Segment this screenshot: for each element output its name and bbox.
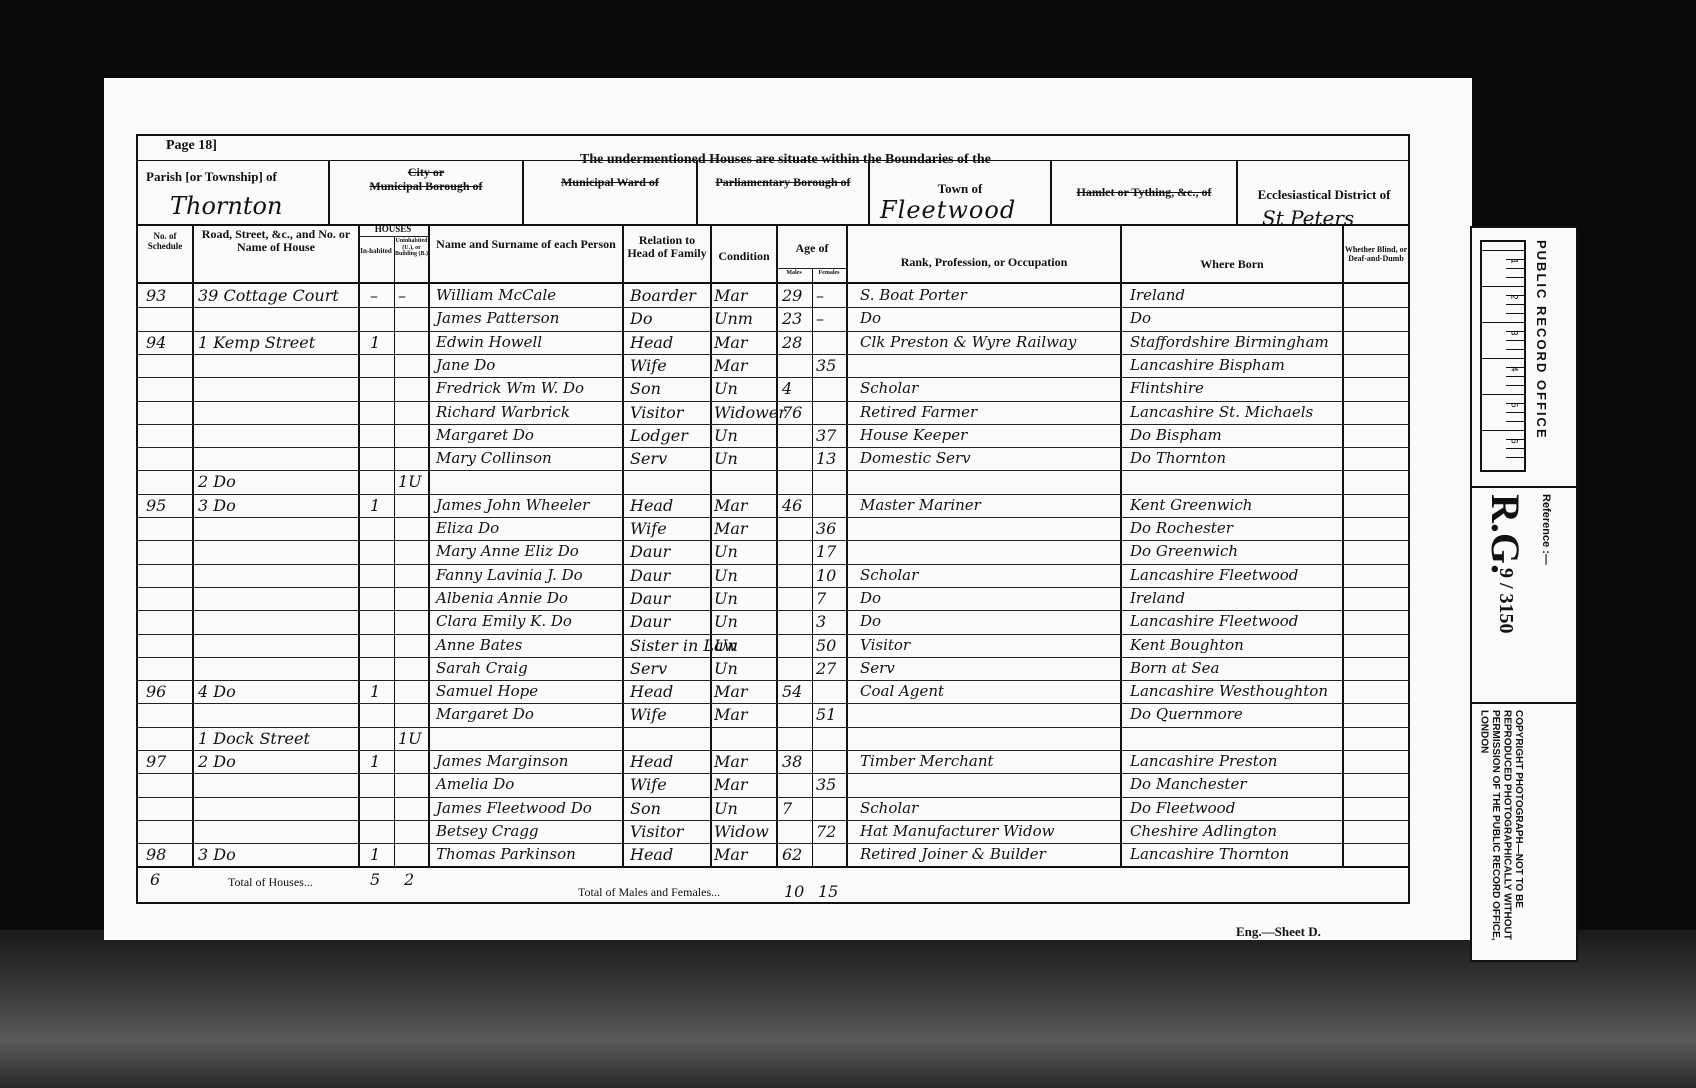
- pro-reference-strip: 123456 PUBLIC RECORD OFFICE Reference :—…: [1470, 226, 1578, 962]
- row-occupation: Do: [860, 612, 881, 630]
- row-relation: Serv: [630, 659, 667, 678]
- row-where-born: Kent Greenwich: [1130, 496, 1252, 514]
- ruler-tick: [1506, 349, 1524, 350]
- ruler-tick: [1506, 313, 1524, 314]
- col-relation: Relation to Head of Family: [626, 234, 708, 260]
- row-relation: Boarder: [630, 286, 696, 305]
- divider: [136, 224, 1410, 226]
- row-occupation: Scholar: [860, 379, 918, 397]
- row-name: Clara Emily K. Do: [436, 612, 572, 630]
- col-divider: [812, 268, 813, 866]
- row-divider: [136, 657, 1410, 658]
- row-road: 2 Do: [198, 472, 236, 491]
- row-occupation: Master Mariner: [860, 496, 981, 514]
- row-where-born: Lancashire Westhoughton: [1130, 682, 1328, 700]
- row-where-born: Lancashire St. Michaels: [1130, 403, 1313, 421]
- row-condition: Widower: [714, 403, 786, 422]
- row-relation: Head: [630, 682, 673, 701]
- divider: [868, 160, 870, 224]
- row-name: Thomas Parkinson: [436, 845, 576, 863]
- sheet-footer: Eng.—Sheet D.: [1236, 924, 1321, 940]
- reference-number: 9 / 3150: [1494, 568, 1517, 634]
- divider: [1236, 160, 1238, 224]
- row-age-female: 3: [816, 612, 826, 631]
- row-condition: Mar: [714, 519, 748, 538]
- ward-label: Municipal Ward of: [526, 176, 694, 189]
- row-condition: Mar: [714, 356, 748, 375]
- total-females: 15: [818, 882, 838, 901]
- col-blind: Whether Blind, or Deaf-and-Dumb: [1344, 246, 1408, 264]
- row-age-male: 54: [782, 682, 802, 701]
- ruler-tick: [1482, 358, 1524, 359]
- row-divider: [136, 587, 1410, 588]
- row-where-born: Do: [1130, 309, 1151, 327]
- row-occupation: Serv: [860, 659, 895, 677]
- divider: [358, 236, 428, 237]
- row-condition: Unm: [714, 309, 753, 328]
- col-age: Age of: [778, 242, 846, 255]
- row-where-born: Lancashire Preston: [1130, 752, 1277, 770]
- row-name: Albenia Annie Do: [436, 589, 568, 607]
- ecclesiastical-label: Ecclesiastical District of: [1240, 188, 1408, 202]
- row-uninhabited: –: [398, 286, 406, 305]
- row-condition: Mar: [714, 775, 748, 794]
- row-schedule: 93: [146, 286, 166, 305]
- row-where-born: Do Quernmore: [1130, 705, 1243, 723]
- row-road: 2 Do: [198, 752, 236, 771]
- divider: [1050, 160, 1052, 224]
- row-condition: Un: [714, 542, 738, 561]
- col-males: Males: [776, 270, 812, 277]
- row-name: Jane Do: [436, 356, 495, 374]
- row-condition: Un: [714, 379, 738, 398]
- row-age-male: 28: [782, 333, 802, 352]
- row-name: Amelia Do: [436, 775, 514, 793]
- row-divider: [136, 354, 1410, 355]
- row-divider: [136, 773, 1410, 774]
- row-divider: [136, 377, 1410, 378]
- ruler-tick: [1506, 448, 1524, 449]
- col-inhabited: In-habited: [359, 248, 393, 256]
- row-inhabited: 1: [370, 333, 380, 352]
- row-uninhabited: 1U: [398, 472, 422, 491]
- total-persons-label: Total of Males and Females...: [578, 886, 720, 899]
- row-condition: Un: [714, 426, 738, 445]
- row-where-born: Do Greenwich: [1130, 542, 1238, 560]
- row-where-born: Do Fleetwood: [1130, 799, 1235, 817]
- row-name: Fanny Lavinia J. Do: [436, 566, 583, 584]
- col-divider: [428, 224, 430, 866]
- row-divider: [136, 843, 1410, 844]
- film-background: [0, 930, 1696, 1088]
- row-inhabited: –: [370, 286, 378, 305]
- parliamentary-label: Parliamentary Borough of: [700, 176, 866, 189]
- parish-value: Thornton: [170, 192, 282, 220]
- row-condition: Mar: [714, 496, 748, 515]
- row-age-female: –: [816, 309, 824, 328]
- row-divider: [136, 494, 1410, 495]
- col-divider: [192, 224, 194, 866]
- row-schedule: 98: [146, 845, 166, 864]
- total-houses-label: Total of Houses...: [228, 876, 313, 889]
- row-relation: Daur: [630, 612, 670, 631]
- row-age-male: 46: [782, 496, 802, 515]
- ruler-tick: [1506, 340, 1524, 341]
- row-relation: Wife: [630, 775, 667, 794]
- total-inhabited: 5: [370, 870, 380, 889]
- col-divider: [622, 224, 624, 866]
- ruler-number: 6: [1510, 438, 1520, 443]
- ruler-number: 4: [1510, 366, 1520, 371]
- row-divider: [136, 797, 1410, 798]
- row-divider: [136, 703, 1410, 704]
- ruler-tick: [1506, 376, 1524, 377]
- row-age-female: 35: [816, 356, 836, 375]
- row-where-born: Staffordshire Birmingham: [1130, 333, 1329, 351]
- row-name: Samuel Hope: [436, 682, 538, 700]
- row-relation: Wife: [630, 705, 667, 724]
- row-where-born: Lancashire Fleetwood: [1130, 566, 1298, 584]
- row-inhabited: 1: [370, 682, 380, 701]
- row-relation: Head: [630, 845, 673, 864]
- row-age-female: 7: [816, 589, 826, 608]
- col-road: Road, Street, &c., and No. or Name of Ho…: [196, 228, 356, 254]
- row-relation: Serv: [630, 449, 667, 468]
- row-name: Eliza Do: [436, 519, 499, 537]
- row-name: James Patterson: [436, 309, 559, 327]
- row-age-male: 4: [782, 379, 792, 398]
- row-where-born: Lancashire Fleetwood: [1130, 612, 1298, 630]
- col-divider: [776, 224, 778, 866]
- row-inhabited: 1: [370, 845, 380, 864]
- row-divider: [136, 750, 1410, 751]
- row-divider: [136, 517, 1410, 518]
- col-divider: [358, 224, 360, 866]
- row-age-female: 10: [816, 566, 836, 585]
- row-schedule: 97: [146, 752, 166, 771]
- col-schedule: No. of Schedule: [138, 232, 192, 252]
- row-condition: Un: [714, 449, 738, 468]
- row-name: James John Wheeler: [436, 496, 589, 514]
- row-age-female: 50: [816, 636, 836, 655]
- row-relation: Daur: [630, 566, 670, 585]
- row-name: Betsey Cragg: [436, 822, 539, 840]
- row-divider: [136, 564, 1410, 565]
- row-where-born: Lancashire Thornton: [1130, 845, 1289, 863]
- town-label: Town of: [872, 182, 1048, 196]
- row-uninhabited: 1U: [398, 729, 422, 748]
- row-age-female: 37: [816, 426, 836, 445]
- row-condition: Un: [714, 566, 738, 585]
- reference-label: Reference :—: [1540, 494, 1552, 565]
- row-road: 1 Kemp Street: [198, 333, 315, 352]
- parish-label: Parish [or Township] of: [146, 170, 326, 184]
- row-where-born: Do Thornton: [1130, 449, 1226, 467]
- row-relation: Visitor: [630, 403, 683, 422]
- ecclesiastical-value: St Peters: [1262, 206, 1354, 230]
- row-where-born: Born at Sea: [1130, 659, 1220, 677]
- row-name: Mary Anne Eliz Do: [436, 542, 579, 560]
- ruler-tick: [1506, 412, 1524, 413]
- divider: [328, 160, 330, 224]
- row-age-female: 17: [816, 542, 836, 561]
- row-condition: Un: [714, 799, 738, 818]
- row-relation: Head: [630, 752, 673, 771]
- row-divider: [136, 820, 1410, 821]
- row-name: Anne Bates: [436, 636, 522, 654]
- row-relation: Son: [630, 799, 661, 818]
- row-condition: Mar: [714, 752, 748, 771]
- col-divider: [846, 224, 848, 866]
- row-where-born: Lancashire Bispham: [1130, 356, 1285, 374]
- row-name: William McCale: [436, 286, 556, 304]
- row-relation: Wife: [630, 519, 667, 538]
- row-condition: Un: [714, 659, 738, 678]
- row-age-female: 51: [816, 705, 836, 724]
- hamlet-label: Hamlet or Tything, &c., of: [1054, 186, 1234, 199]
- row-where-born: Kent Boughton: [1130, 636, 1244, 654]
- row-occupation: Do: [860, 309, 881, 327]
- row-age-female: –: [816, 286, 824, 305]
- row-road: 1 Dock Street: [198, 729, 310, 748]
- reference-prefix: R.G.: [1482, 494, 1529, 574]
- row-relation: Wife: [630, 356, 667, 375]
- ruler-tick: [1506, 268, 1524, 269]
- row-occupation: Domestic Serv: [860, 449, 971, 467]
- row-name: Fredrick Wm W. Do: [436, 379, 584, 397]
- row-divider: [136, 610, 1410, 611]
- row-name: Sarah Craig: [436, 659, 528, 677]
- divider: [696, 160, 698, 224]
- col-divider: [1120, 224, 1122, 866]
- row-divider: [136, 470, 1410, 471]
- row-divider: [136, 331, 1410, 332]
- ruler-tick: [1506, 421, 1524, 422]
- ruler-tick: [1506, 457, 1524, 458]
- divider: [776, 268, 846, 269]
- row-condition: Un: [714, 589, 738, 608]
- row-age-male: 38: [782, 752, 802, 771]
- row-inhabited: 1: [370, 752, 380, 771]
- copyright-notice: COPYRIGHT PHOTOGRAPH—NOT TO BE REPRODUCE…: [1478, 710, 1524, 954]
- row-relation: Head: [630, 333, 673, 352]
- total-males: 10: [784, 882, 804, 901]
- totals-divider: [136, 866, 1410, 868]
- row-occupation: House Keeper: [860, 426, 967, 444]
- row-occupation: Retired Joiner & Builder: [860, 845, 1046, 863]
- row-name: Margaret Do: [436, 426, 534, 444]
- row-condition: Mar: [714, 286, 748, 305]
- row-road: 3 Do: [198, 845, 236, 864]
- row-name: Edwin Howell: [436, 333, 542, 351]
- row-where-born: Do Manchester: [1130, 775, 1247, 793]
- row-condition: Mar: [714, 845, 748, 864]
- total-schedules: 6: [150, 870, 160, 889]
- ruler-tick: [1482, 430, 1524, 431]
- total-uninhabited: 2: [404, 870, 414, 889]
- row-relation: Head: [630, 496, 673, 515]
- row-relation: Lodger: [630, 426, 688, 445]
- town-value: Fleetwood: [880, 196, 1016, 224]
- row-occupation: Coal Agent: [860, 682, 944, 700]
- row-inhabited: 1: [370, 496, 380, 515]
- row-condition: Mar: [714, 705, 748, 724]
- row-age-female: 35: [816, 775, 836, 794]
- row-age-female: 13: [816, 449, 836, 468]
- municipal-borough-label: Municipal Borough of: [332, 180, 520, 193]
- row-where-born: Cheshire Adlington: [1130, 822, 1277, 840]
- row-occupation: S. Boat Porter: [860, 286, 967, 304]
- col-uninhabited: Uninhabited (U.), or Building (B.): [395, 238, 428, 258]
- row-name: James Fleetwood Do: [436, 799, 592, 817]
- row-divider: [136, 540, 1410, 541]
- row-divider: [136, 680, 1410, 681]
- row-name: Mary Collinson: [436, 449, 552, 467]
- row-relation: Do: [630, 309, 652, 328]
- ruler-tick: [1506, 277, 1524, 278]
- row-occupation: Visitor: [860, 636, 910, 654]
- col-females: Females: [812, 270, 846, 277]
- divider: [522, 160, 524, 224]
- row-schedule: 94: [146, 333, 166, 352]
- row-condition: Un: [714, 612, 738, 631]
- row-occupation: Retired Farmer: [860, 403, 977, 421]
- row-where-born: Flintshire: [1130, 379, 1204, 397]
- ruler-tick: [1482, 322, 1524, 323]
- col-divider: [1342, 224, 1344, 866]
- ruler-tick: [1506, 304, 1524, 305]
- col-where-born: Where Born: [1124, 258, 1340, 271]
- row-divider: [136, 447, 1410, 448]
- row-name: James Marginson: [436, 752, 568, 770]
- col-divider: [710, 224, 712, 866]
- ruler-tick: [1482, 250, 1524, 251]
- row-relation: Daur: [630, 542, 670, 561]
- divider: [1472, 702, 1576, 704]
- ruler-number: 1: [1510, 258, 1520, 263]
- row-age-female: 72: [816, 822, 836, 841]
- col-condition: Condition: [712, 250, 776, 263]
- row-condition: Mar: [714, 333, 748, 352]
- page-number: Page 18]: [166, 138, 217, 154]
- ruler-tick: [1506, 385, 1524, 386]
- pro-title: PUBLIC RECORD OFFICE: [1534, 240, 1549, 440]
- divider: [136, 282, 1410, 284]
- divider: [1472, 486, 1576, 488]
- row-where-born: Do Bispham: [1130, 426, 1222, 444]
- row-divider: [136, 727, 1410, 728]
- row-name: Margaret Do: [436, 705, 534, 723]
- row-age-male: 62: [782, 845, 802, 864]
- row-condition: Widow: [714, 822, 769, 841]
- ruler-scale: 123456: [1480, 240, 1526, 472]
- row-where-born: Ireland: [1130, 286, 1185, 304]
- row-age-female: 27: [816, 659, 836, 678]
- row-relation: Son: [630, 379, 661, 398]
- row-age-male: 76: [782, 403, 802, 422]
- ruler-tick: [1482, 394, 1524, 395]
- row-age-male: 23: [782, 309, 802, 328]
- row-condition: Mar: [714, 682, 748, 701]
- row-occupation: Scholar: [860, 799, 918, 817]
- row-name: Richard Warbrick: [436, 403, 570, 421]
- col-occupation: Rank, Profession, or Occupation: [850, 256, 1118, 269]
- row-age-male: 7: [782, 799, 792, 818]
- row-divider: [136, 634, 1410, 635]
- row-occupation: Clk Preston & Wyre Railway: [860, 333, 1076, 351]
- row-road: 4 Do: [198, 682, 236, 701]
- row-relation: Visitor: [630, 822, 683, 841]
- row-divider: [136, 307, 1410, 308]
- row-occupation: Do: [860, 589, 881, 607]
- row-schedule: 96: [146, 682, 166, 701]
- row-where-born: Ireland: [1130, 589, 1185, 607]
- row-relation: Daur: [630, 589, 670, 608]
- ruler-number: 3: [1510, 330, 1520, 335]
- row-schedule: 95: [146, 496, 166, 515]
- row-occupation: Timber Merchant: [860, 752, 994, 770]
- city-label: City or: [332, 166, 520, 179]
- ruler-number: 2: [1510, 294, 1520, 299]
- row-where-born: Do Rochester: [1130, 519, 1233, 537]
- row-road: 39 Cottage Court: [198, 286, 339, 305]
- row-age-female: 36: [816, 519, 836, 538]
- col-houses: HOUSES: [358, 225, 428, 235]
- ruler-number: 5: [1510, 402, 1520, 407]
- row-condition: Un: [714, 636, 738, 655]
- row-divider: [136, 424, 1410, 425]
- row-occupation: Hat Manufacturer Widow: [860, 822, 1054, 840]
- col-name: Name and Surname of each Person: [432, 238, 620, 251]
- row-occupation: Scholar: [860, 566, 918, 584]
- row-divider: [136, 401, 1410, 402]
- row-road: 3 Do: [198, 496, 236, 515]
- row-age-male: 29: [782, 286, 802, 305]
- ruler-tick: [1482, 286, 1524, 287]
